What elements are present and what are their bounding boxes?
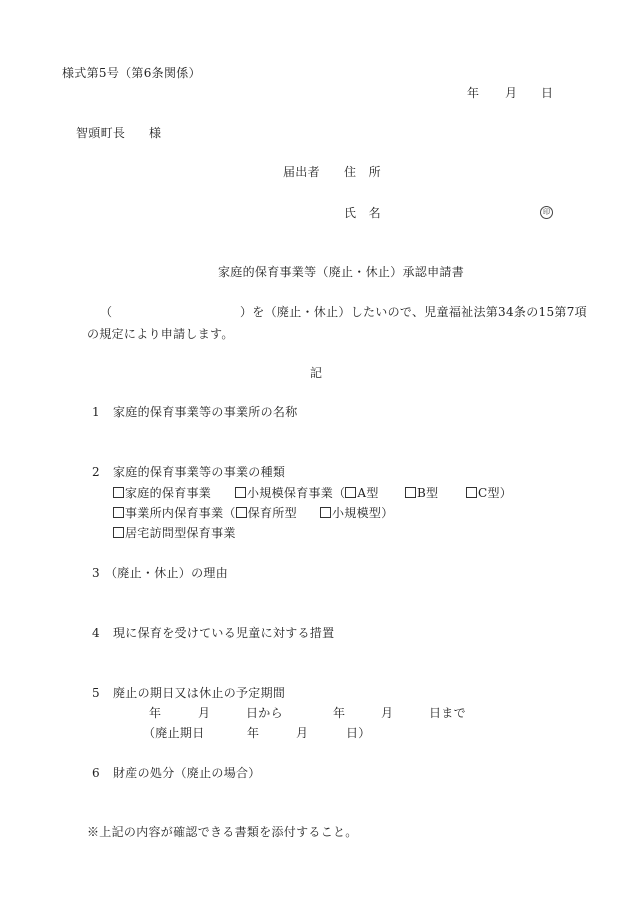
to-day: 日まで	[429, 707, 466, 719]
checkbox[interactable]	[113, 527, 124, 538]
abolish-day: 日）	[346, 727, 371, 739]
item-2-num: 2	[92, 466, 100, 478]
option-family-daycare[interactable]: 家庭的保育事業	[113, 487, 211, 499]
body-line-2: の規定により申請します。	[87, 328, 234, 340]
body-open-paren: （	[100, 306, 112, 318]
checkbox[interactable]	[235, 487, 246, 498]
checkbox[interactable]	[320, 507, 331, 518]
option-label: 小規模型）	[332, 506, 394, 520]
addressee: 智頭町長	[76, 127, 125, 139]
form-number: 様式第5号（第6条関係）	[62, 67, 201, 79]
item-6-num: 6	[92, 767, 100, 779]
checkbox[interactable]	[405, 487, 416, 498]
abolish-label: （廃止期日	[143, 727, 205, 739]
date-month: 月	[505, 87, 517, 99]
item-1-label: 家庭的保育事業等の事業所の名称	[113, 406, 298, 418]
to-year: 年	[333, 707, 345, 719]
item-1-num: 1	[92, 406, 100, 418]
item-5-num: 5	[92, 687, 100, 699]
abolish-month: 月	[296, 727, 308, 739]
item-5-label: 廃止の期日又は休止の予定期間	[113, 687, 285, 699]
checkbox-nursery-type[interactable]	[236, 507, 247, 518]
seal-icon: 印	[540, 206, 553, 219]
honorific: 様	[149, 127, 161, 139]
address-label: 住 所	[344, 166, 381, 178]
date-day: 日	[541, 87, 553, 99]
option-label: 居宅訪問型保育事業	[125, 526, 236, 540]
option-label: 家庭的保育事業	[125, 486, 211, 500]
checkbox[interactable]	[466, 487, 477, 498]
from-day: 日から	[246, 707, 283, 719]
option-small-scale[interactable]: 小規模保育事業（A型	[235, 487, 379, 499]
checkbox[interactable]	[113, 487, 124, 498]
option-label: 保育所型	[248, 506, 297, 520]
item-4-num: 4	[92, 627, 100, 639]
option-workplace[interactable]: 事業所内保育事業（保育所型	[113, 507, 297, 519]
checkbox[interactable]	[113, 507, 124, 518]
from-year: 年	[149, 707, 161, 719]
option-home-visit[interactable]: 居宅訪問型保育事業	[113, 527, 236, 539]
option-small-type[interactable]: 小規模型）	[320, 507, 394, 519]
option-label: C型）	[478, 486, 512, 500]
item-6-label: 財産の処分（廃止の場合）	[113, 767, 261, 779]
option-label: A型	[357, 486, 378, 500]
applicant-label: 届出者	[283, 166, 320, 178]
item-3-label: （廃止・休止）の理由	[105, 567, 228, 579]
option-type-b[interactable]: B型	[405, 487, 438, 499]
date-year: 年	[467, 87, 479, 99]
item-4-label: 現に保育を受けている児童に対する措置	[113, 627, 334, 639]
abolish-year: 年	[247, 727, 259, 739]
attachment-note: ※上記の内容が確認できる書類を添付すること。	[87, 826, 358, 838]
option-label: 小規模保育事業（	[247, 486, 345, 500]
name-label: 氏 名	[344, 207, 381, 219]
item-2-label: 家庭的保育事業等の事業の種類	[113, 466, 285, 478]
item-3-num: 3	[92, 567, 100, 579]
checkbox-type-a[interactable]	[345, 487, 356, 498]
from-month: 月	[198, 707, 210, 719]
option-label: B型	[417, 486, 438, 500]
document-title: 家庭的保育事業等（廃止・休止）承認申請書	[218, 266, 464, 278]
option-label: 事業所内保育事業（	[125, 506, 236, 520]
option-type-c[interactable]: C型）	[466, 487, 512, 499]
to-month: 月	[381, 707, 393, 719]
body-line-1: ）を（廃止・休止）したいので、児童福祉法第34条の15第7項	[240, 306, 587, 318]
ki-heading: 記	[310, 367, 322, 379]
